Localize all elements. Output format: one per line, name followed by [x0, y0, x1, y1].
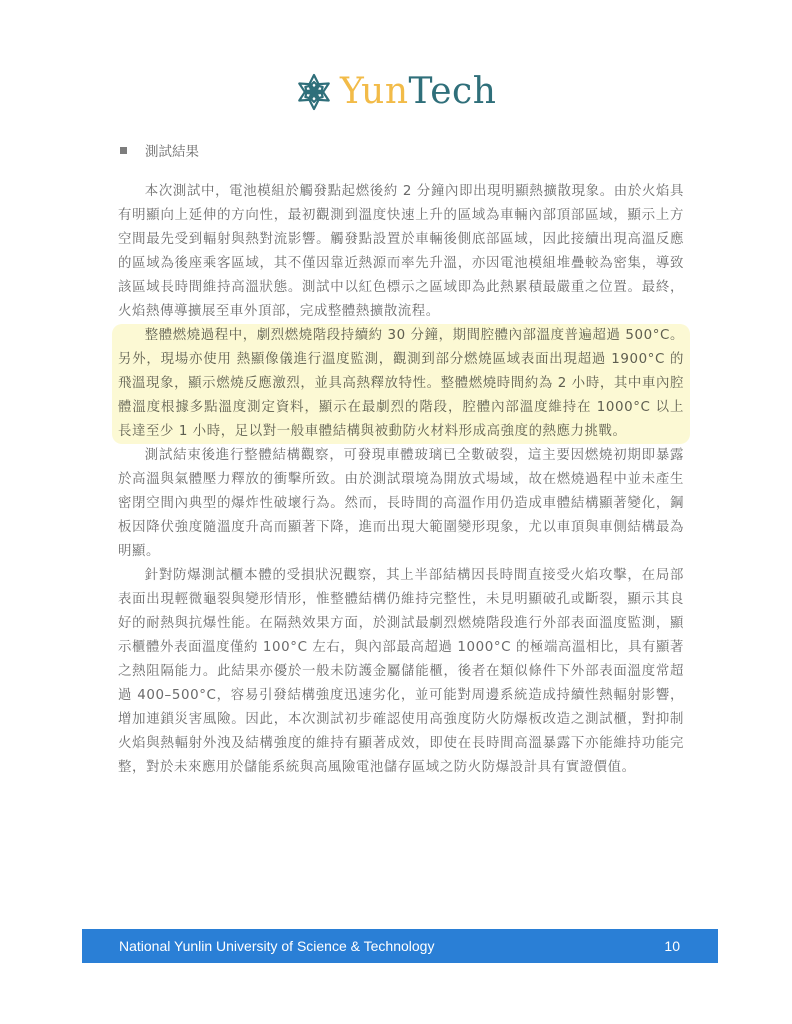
paragraph-structure-observation: 測試結束後進行整體結構觀察，可發現車體玻璃已全數破裂，這主要因燃燒初期即暴露於高… — [118, 444, 684, 564]
footer-institution: National Yunlin University of Science & … — [119, 938, 434, 954]
logo-text-yun: Yun — [340, 71, 409, 112]
yuntech-logo: YunTech — [292, 70, 496, 114]
body-content: 本次測試中，電池模組於觸發點起燃後約 2 分鐘內即出現明顯熱擴散現象。由於火焰具… — [118, 180, 684, 780]
section-title: 測試結果 — [145, 140, 199, 160]
paragraph-cabinet-damage: 針對防爆測試櫃本體的受損狀況觀察，其上半部結構因長時間直接受火焰攻擊，在局部表面… — [118, 564, 684, 780]
square-bullet-icon — [120, 147, 127, 154]
footer-bar: National Yunlin University of Science & … — [82, 929, 718, 963]
paragraph-combustion-process: 整體燃燒過程中，劇烈燃燒階段持續約 30 分鐘，期間腔體內部溫度普遍超過 500… — [118, 324, 684, 444]
snowflake-icon — [292, 70, 336, 114]
page-number: 10 — [664, 938, 680, 954]
paragraph-test-overview: 本次測試中，電池模組於觸發點起燃後約 2 分鐘內即出現明顯熱擴散現象。由於火焰具… — [118, 180, 684, 324]
document-page: YunTech 測試結果 本次測試中，電池模組於觸發點起燃後約 2 分鐘內即出現… — [0, 0, 792, 1024]
highlighted-block: 整體燃燒過程中，劇烈燃燒階段持續約 30 分鐘，期間腔體內部溫度普遍超過 500… — [112, 324, 690, 444]
logo-wordmark: YunTech — [340, 70, 496, 114]
logo-text-tech: Tech — [409, 71, 497, 112]
section-heading: 測試結果 — [120, 140, 199, 160]
